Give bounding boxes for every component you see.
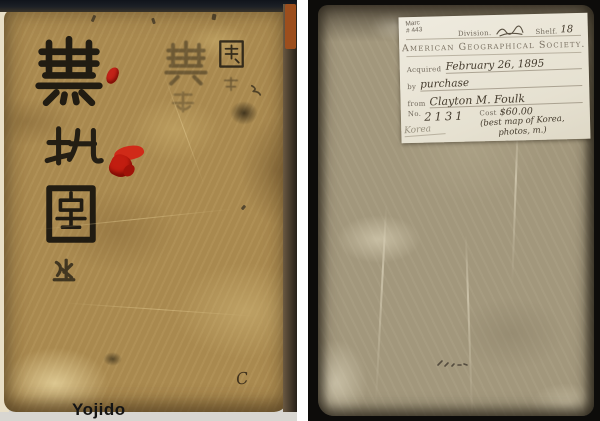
- ink-tick: [249, 83, 263, 97]
- content-note-line2: photos, m.): [498, 125, 565, 138]
- calligraphy-char-do: [38, 181, 104, 247]
- crease-line: [64, 302, 254, 316]
- right-photo-back-cover: Marc # 443 Division. Shelf. 18 American …: [308, 0, 600, 421]
- crack-line: [375, 205, 387, 405]
- calligraphy-char-yeo: [32, 29, 106, 113]
- photo-figure: C Yojido: [0, 0, 600, 421]
- no-value: 2131: [424, 109, 466, 124]
- photo-top-shadow: [0, 0, 297, 12]
- ink-traces: [436, 357, 472, 369]
- atlas-front-cover: C: [4, 9, 288, 412]
- faded-calligraphy-1: [162, 37, 210, 89]
- no-label: No.: [408, 110, 422, 118]
- dark-stain: [103, 352, 122, 366]
- colophon-mark: [50, 257, 78, 283]
- spine-corner-leather: [285, 4, 296, 49]
- society-name: American Geographical Society.: [402, 38, 586, 53]
- shelf-value: 18: [560, 24, 573, 35]
- speck: [241, 205, 247, 211]
- crack-line: [511, 125, 519, 285]
- ink-mark-c: C: [235, 368, 250, 389]
- from-label: from: [408, 100, 426, 108]
- shelf-label: Shelf.: [535, 27, 557, 36]
- left-photo-front-cover: C Yojido: [0, 0, 297, 421]
- photo-caption: Yojido: [72, 400, 126, 420]
- faded-seal-character: [215, 35, 248, 73]
- faded-strokes: [219, 75, 243, 93]
- speck: [91, 15, 97, 23]
- division-label: Division.: [458, 29, 492, 38]
- book-spine-shadow: [283, 4, 297, 414]
- from-row: from Clayton M. Foulk: [407, 87, 582, 108]
- cost-label: Cost: [479, 108, 496, 118]
- speck: [212, 14, 217, 21]
- division-entry-scrawl: [494, 24, 524, 37]
- speck: [151, 18, 156, 25]
- pencil-note-line2: # 443: [406, 26, 423, 35]
- pencil-catalog-note: Marc # 443: [405, 19, 423, 34]
- atlas-back-cover: Marc # 443 Division. Shelf. 18 American …: [318, 5, 594, 416]
- calligraphy-char-ji: [40, 121, 106, 181]
- by-label: by: [407, 83, 416, 91]
- red-seal-mark-large: [110, 144, 148, 180]
- crack-line: [465, 235, 473, 415]
- red-seal-mark-small: [105, 66, 121, 86]
- accession-label: Marc # 443 Division. Shelf. 18 American …: [398, 13, 590, 144]
- ink-smudge: [230, 101, 258, 125]
- scan-edge-bottom: [0, 412, 297, 421]
